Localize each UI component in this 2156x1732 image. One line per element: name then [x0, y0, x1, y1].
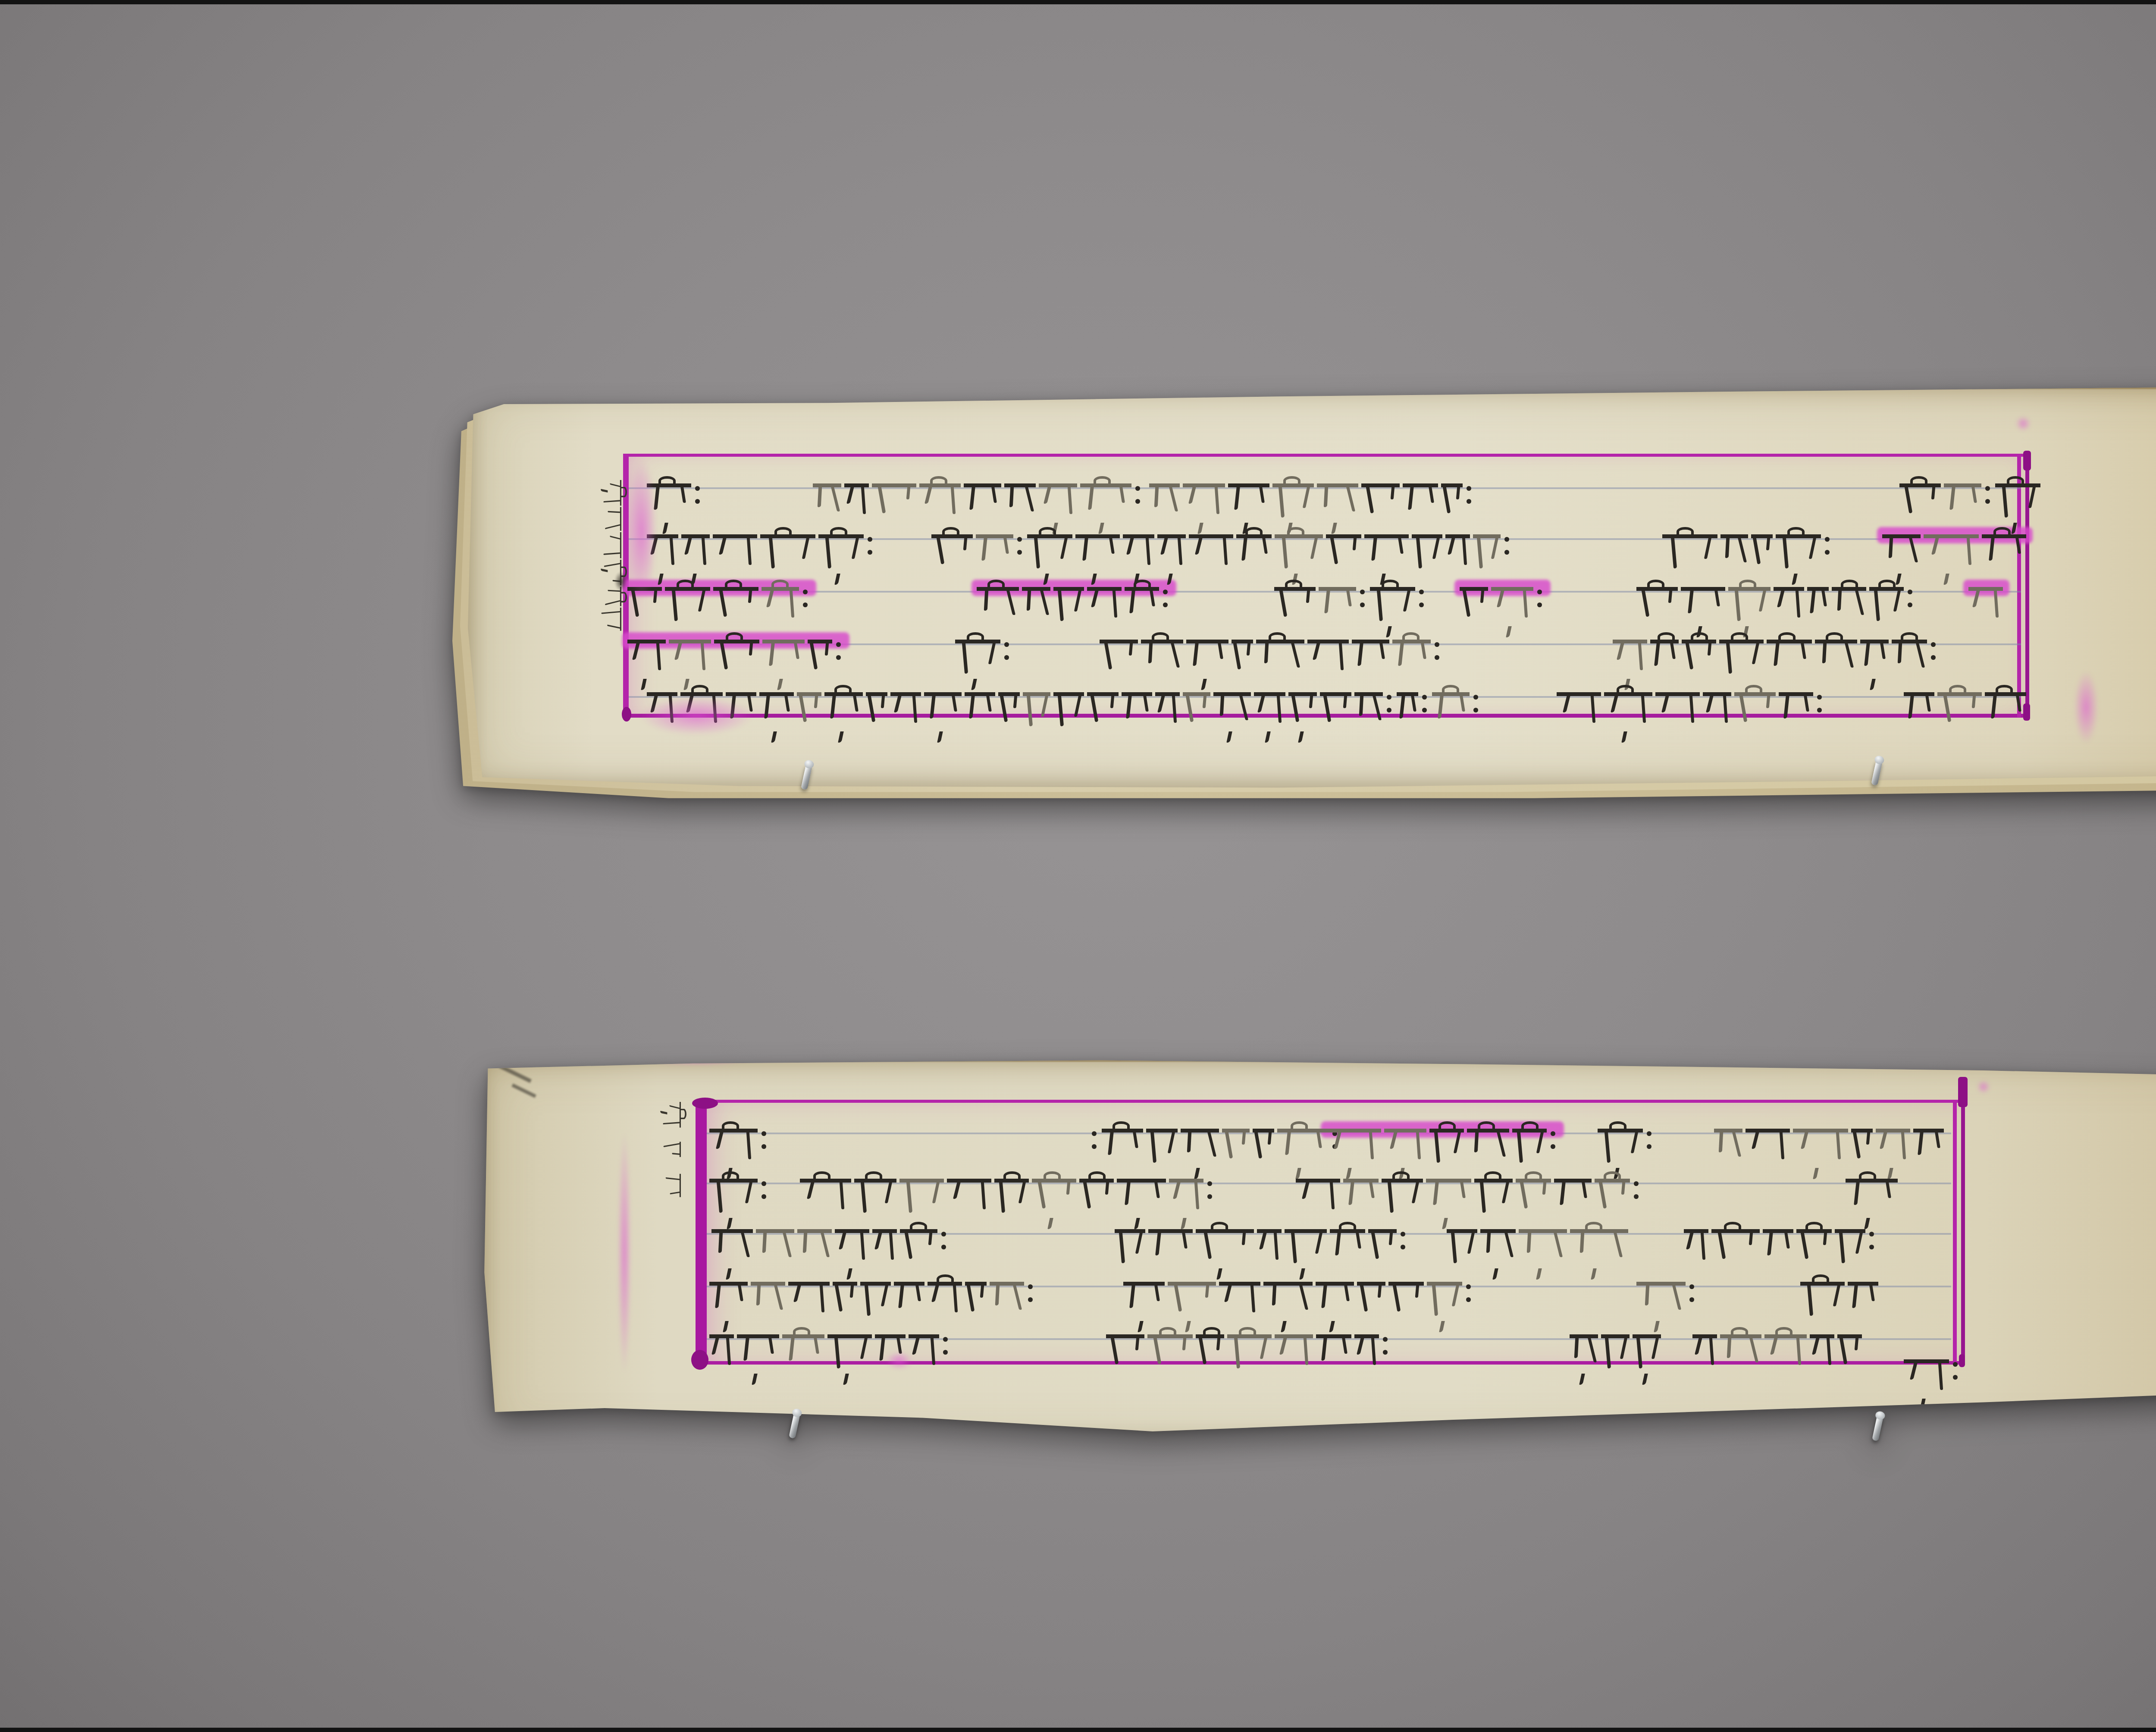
- text-segment: [1149, 483, 1476, 528]
- syllable-glyph: [965, 692, 995, 734]
- syllable-glyph: [919, 483, 961, 525]
- syllable-glyph: [606, 532, 621, 559]
- syllable-glyph: [835, 1229, 869, 1271]
- syllable-glyph: [1601, 1334, 1630, 1376]
- syllable-glyph: [1807, 587, 1829, 629]
- syllable-glyph: [1384, 1129, 1426, 1170]
- photo-edge-top: [0, 0, 2156, 4]
- syllable-glyph: [1892, 640, 1927, 681]
- pink-stain: [2074, 671, 2098, 744]
- syllable-glyph: [1232, 640, 1253, 681]
- syllable-glyph: [1080, 483, 1131, 525]
- syllable-glyph: [1937, 692, 1982, 734]
- text-segment: [1115, 1229, 1410, 1274]
- syllable-glyph: [665, 587, 710, 629]
- gter-tsheg-mark: [1027, 1282, 1034, 1320]
- syllable-glyph: [1734, 692, 1776, 734]
- manuscript-line: [468, 483, 2156, 528]
- syllable-glyph: [1985, 692, 2026, 734]
- gter-tsheg-mark: [1359, 587, 1366, 625]
- syllable-glyph: [1846, 1179, 1898, 1221]
- text-segment: [813, 483, 1145, 528]
- syllable-glyph: [1899, 483, 1941, 525]
- syllable-glyph: [1122, 692, 1152, 734]
- syllable-glyph: [1117, 1179, 1166, 1221]
- syllable-glyph: [1316, 1334, 1351, 1376]
- text-segment: [1684, 1229, 1879, 1274]
- syllable-glyph: [711, 1229, 753, 1271]
- manuscript-line: [468, 534, 2156, 579]
- margin-text: [666, 1102, 681, 1129]
- gter-tsheg-mark: [1421, 692, 1428, 730]
- text-segment: [1904, 692, 2029, 737]
- syllable-glyph: [1141, 640, 1183, 681]
- syllable-glyph: [1277, 1129, 1329, 1170]
- syllable-glyph: [860, 1282, 891, 1324]
- syllable-glyph: [1426, 1179, 1471, 1221]
- syllable-glyph: [1125, 587, 1159, 629]
- syllable-glyph: [1213, 692, 1251, 734]
- syllable-glyph: [964, 483, 1001, 525]
- syllable-glyph: [1491, 587, 1533, 629]
- syllable-glyph: [1837, 1334, 1862, 1376]
- text-segment: [709, 1334, 953, 1379]
- syllable-glyph: [1851, 1129, 1873, 1170]
- syllable-glyph: [1441, 483, 1463, 525]
- text-segment: [1714, 1129, 1947, 1173]
- text-segment: [1557, 692, 1827, 737]
- syllable-glyph: [924, 692, 962, 734]
- gter-tsheg-mark: [1016, 534, 1023, 572]
- syllable-glyph: [824, 692, 863, 734]
- text-segment: [1100, 640, 1445, 684]
- syllable-glyph: [709, 1282, 748, 1324]
- syllable-glyph: [1876, 1129, 1910, 1170]
- syllable-glyph: [1860, 640, 1889, 681]
- photo-edge-bottom: [0, 1728, 2156, 1732]
- gter-tsheg-mark: [1134, 483, 1141, 521]
- syllable-glyph: [1169, 1179, 1203, 1221]
- gter-tsheg-mark: [694, 483, 701, 521]
- syllable-glyph: [1115, 1229, 1145, 1271]
- syllable-glyph: [1473, 534, 1501, 576]
- syllable-glyph: [866, 692, 887, 734]
- syllable-glyph: [709, 1179, 758, 1221]
- syllable-glyph: [1445, 534, 1470, 576]
- syllable-glyph: [827, 1334, 872, 1376]
- syllable-glyph: [1869, 587, 1904, 629]
- syllable-glyph: [759, 692, 794, 734]
- syllable-glyph: [1087, 692, 1119, 734]
- syllable-glyph: [1793, 1129, 1848, 1170]
- syllable-glyph: [1147, 1334, 1193, 1376]
- syllable-glyph: [1087, 587, 1122, 629]
- syllable-glyph: [1516, 1179, 1551, 1221]
- syllable-glyph: [666, 1174, 681, 1197]
- syllable-glyph: [1219, 1282, 1260, 1324]
- syllable-glyph: [1027, 534, 1072, 576]
- pin: [1872, 1415, 1883, 1441]
- syllable-glyph: [782, 1334, 824, 1376]
- syllable-glyph: [813, 483, 841, 525]
- syllable-glyph: [1275, 1334, 1313, 1376]
- pink-stain: [640, 697, 752, 735]
- top-leaf: [468, 386, 2156, 789]
- syllable-glyph: [709, 1334, 734, 1376]
- pink-stain: [2016, 416, 2031, 431]
- syllable-glyph: [713, 534, 757, 576]
- text-segment: [1326, 1129, 1561, 1173]
- syllable-glyph: [1352, 640, 1389, 681]
- text-segment: [1636, 587, 1918, 632]
- text-segment: [1968, 587, 2006, 632]
- gter-tsheg-mark: [1816, 692, 1823, 730]
- text-segment: [977, 587, 1173, 632]
- syllable-glyph: [1557, 692, 1601, 734]
- syllable-glyph: [606, 480, 621, 506]
- syllable-glyph: [1256, 640, 1304, 681]
- margin-annotation: [606, 480, 621, 632]
- syllable-glyph: [713, 587, 758, 629]
- syllable-glyph: [1123, 534, 1154, 576]
- margin-text: [666, 1174, 681, 1199]
- syllable-glyph: [1382, 1179, 1423, 1221]
- syllable-glyph: [1512, 1129, 1547, 1170]
- syllable-glyph: [1763, 1229, 1793, 1271]
- syllable-glyph: [1319, 587, 1356, 629]
- text-segment: [711, 1229, 951, 1274]
- syllable-glyph: [1053, 587, 1084, 629]
- gter-tsheg-mark: [1550, 1129, 1556, 1167]
- syllable-glyph: [977, 587, 1019, 629]
- text-segment: [1692, 1334, 1865, 1379]
- text-segment: [1899, 483, 2043, 528]
- syllable-glyph: [909, 1334, 939, 1376]
- syllable-glyph: [1330, 1229, 1365, 1271]
- text-segment: [931, 534, 1514, 579]
- syllable-glyph: [1810, 1334, 1834, 1376]
- syllable-glyph: [1039, 483, 1077, 525]
- syllable-glyph: [800, 1179, 851, 1221]
- syllable-glyph: [1460, 587, 1488, 629]
- syllable-glyph: [1403, 483, 1438, 525]
- syllable-glyph: [627, 640, 666, 681]
- syllable-glyph: [1728, 587, 1771, 629]
- syllable-glyph: [1253, 1129, 1274, 1170]
- syllable-glyph: [1307, 640, 1349, 681]
- syllable-glyph: [797, 692, 821, 734]
- syllable-glyph: [1317, 483, 1358, 525]
- text-segment: [1598, 1129, 1657, 1173]
- syllable-glyph: [1196, 1229, 1254, 1271]
- gter-tsheg-mark: [1382, 1334, 1388, 1372]
- gter-tsheg-mark: [761, 1179, 767, 1217]
- syllable-glyph: [899, 1179, 944, 1221]
- syllable-glyph: [1272, 483, 1314, 525]
- syllable-glyph: [1474, 1179, 1513, 1221]
- syllable-glyph: [1570, 1334, 1598, 1376]
- pink-stain: [645, 1055, 748, 1065]
- text-segment: [1570, 1334, 1664, 1379]
- syllable-glyph: [900, 1229, 937, 1271]
- text-segment: [1846, 1179, 1901, 1224]
- text-segment: [1800, 1282, 1881, 1327]
- syllable-glyph: [1023, 692, 1050, 734]
- syllable-glyph: [1432, 692, 1470, 734]
- syllable-glyph: [1354, 692, 1383, 734]
- syllable-glyph: [1774, 587, 1804, 629]
- syllable-glyph: [1196, 1334, 1224, 1376]
- syllable-glyph: [1480, 1229, 1516, 1271]
- syllable-glyph: [1183, 483, 1225, 525]
- syllable-glyph: [1079, 1179, 1114, 1221]
- pink-stain: [886, 1352, 912, 1369]
- pink-stain: [618, 1132, 631, 1374]
- syllable-glyph: [1285, 1229, 1327, 1271]
- syllable-glyph: [1370, 587, 1415, 629]
- syllable-glyph: [1361, 483, 1400, 525]
- syllable-glyph: [709, 1129, 758, 1170]
- syllable-glyph: [756, 1229, 794, 1271]
- syllable-glyph: [1636, 587, 1678, 629]
- syllable-glyph: [872, 1229, 897, 1271]
- top-leaf-paper: [468, 386, 2156, 789]
- gter-tsheg-mark: [1536, 587, 1543, 625]
- text-segment: [627, 640, 846, 684]
- syllable-glyph: [1186, 640, 1228, 681]
- gter-tsheg-mark: [940, 1229, 947, 1267]
- syllable-glyph: [1183, 692, 1210, 734]
- syllable-glyph: [1882, 534, 1921, 576]
- syllable-glyph: [1904, 1359, 1949, 1401]
- text-segment: [800, 1179, 1217, 1224]
- manuscript-line: [468, 640, 2156, 684]
- syllable-glyph: [1146, 1129, 1178, 1170]
- syllable-glyph: [1263, 1282, 1313, 1324]
- gter-tsheg-mark: [1091, 1129, 1097, 1167]
- syllable-glyph: [1745, 1129, 1790, 1170]
- manuscript-line: [481, 1282, 2156, 1327]
- text-segment: [1106, 1334, 1393, 1379]
- text-segment: [1274, 587, 1429, 632]
- syllable-glyph: [928, 1282, 962, 1324]
- syllable-glyph: [1467, 1129, 1509, 1170]
- syllable-glyph: [1598, 1129, 1643, 1170]
- syllable-glyph: [1326, 1129, 1381, 1170]
- syllable-glyph: [1570, 1229, 1628, 1271]
- syllable-glyph: [955, 640, 1000, 681]
- syllable-glyph: [606, 608, 621, 631]
- syllable-glyph: [1832, 587, 1866, 629]
- syllable-glyph: [1904, 692, 1934, 734]
- manuscript-line: [468, 587, 2156, 632]
- syllable-glyph: [1703, 692, 1731, 734]
- syllable-glyph: [1100, 640, 1138, 681]
- syllable-glyph: [1779, 692, 1813, 734]
- syllable-glyph: [1412, 534, 1442, 576]
- bottom-leaf: [481, 1059, 2156, 1447]
- syllable-glyph: [1397, 692, 1418, 734]
- syllable-glyph: [1711, 1229, 1760, 1271]
- syllable-glyph: [1364, 534, 1409, 576]
- syllable-glyph: [1682, 640, 1716, 681]
- syllable-glyph: [998, 692, 1020, 734]
- syllable-glyph: [994, 1179, 1029, 1221]
- syllable-glyph: [669, 640, 711, 681]
- text-segment: [955, 640, 1014, 684]
- syllable-glyph: [1181, 1129, 1219, 1170]
- gter-tsheg-mark: [1473, 692, 1479, 730]
- ink-smudge: [614, 571, 627, 591]
- syllable-glyph: [854, 1179, 896, 1221]
- syllable-glyph: [844, 483, 869, 525]
- syllable-glyph: [666, 1102, 681, 1128]
- margin-text: [666, 1142, 681, 1158]
- syllable-glyph: [1613, 640, 1647, 681]
- syllable-glyph: [1815, 640, 1857, 681]
- text-segment: [1613, 640, 1941, 684]
- syllable-glyph: [1995, 483, 2040, 525]
- gter-tsheg-mark: [1907, 587, 1913, 625]
- syllable-glyph: [1692, 1334, 1717, 1376]
- gter-tsheg-mark: [835, 640, 842, 678]
- syllable-glyph: [1236, 534, 1272, 576]
- syllable-glyph: [797, 1229, 832, 1271]
- syllable-glyph: [761, 587, 799, 629]
- syllable-glyph: [1720, 534, 1748, 576]
- gter-tsheg-mark: [1466, 483, 1472, 521]
- text-segment: [647, 534, 877, 579]
- syllable-glyph: [1123, 1282, 1165, 1324]
- syllable-glyph: [1155, 692, 1180, 734]
- syllable-glyph: [1343, 1179, 1379, 1221]
- text-segment: [1636, 1282, 1699, 1327]
- syllable-glyph: [1636, 1282, 1686, 1324]
- gter-tsheg-mark: [1386, 692, 1392, 730]
- text-segment: [1460, 587, 1547, 632]
- syllable-glyph: [1388, 1282, 1424, 1324]
- text-segment: [1904, 1359, 1963, 1404]
- text-segment: [1091, 1129, 1342, 1173]
- syllable-glyph: [1554, 1179, 1592, 1221]
- syllable-glyph: [976, 534, 1013, 576]
- gter-tsheg-mark: [1465, 1282, 1472, 1320]
- gter-tsheg-mark: [1003, 640, 1010, 678]
- syllable-glyph: [1776, 534, 1821, 576]
- margin-foliation: [666, 1102, 681, 1199]
- syllable-glyph: [1633, 1334, 1661, 1376]
- syllable-glyph: [1764, 1334, 1807, 1376]
- text-segment: [1296, 1179, 1644, 1224]
- syllable-glyph: [1719, 640, 1764, 681]
- syllable-glyph: [751, 1282, 785, 1324]
- gter-tsheg-mark: [1633, 1179, 1639, 1217]
- text-segment: [709, 1282, 1038, 1327]
- syllable-glyph: [1148, 1229, 1193, 1271]
- syllable-glyph: [808, 640, 832, 681]
- syllable-glyph: [1604, 692, 1652, 734]
- syllable-glyph: [1102, 1129, 1143, 1170]
- syllable-glyph: [1326, 534, 1361, 576]
- text-segment: [1447, 1229, 1631, 1274]
- syllable-glyph: [1427, 1282, 1462, 1324]
- syllable-glyph: [1519, 1229, 1567, 1271]
- syllable-glyph: [894, 1282, 924, 1324]
- margin-text: [606, 480, 621, 632]
- gter-tsheg-mark: [1504, 534, 1510, 572]
- syllable-glyph: [990, 1282, 1024, 1324]
- syllable-glyph: [1751, 534, 1773, 576]
- pin: [789, 1413, 800, 1439]
- syllable-glyph: [1075, 534, 1120, 576]
- gter-tsheg-mark: [1984, 483, 1991, 521]
- syllable-glyph: [965, 1282, 987, 1324]
- syllable-glyph: [1316, 1282, 1354, 1324]
- gter-tsheg-mark: [1868, 1229, 1875, 1267]
- text-segment: [709, 1179, 771, 1224]
- manuscript-line: [481, 1334, 2156, 1379]
- syllable-glyph: [1368, 1229, 1397, 1271]
- text-segment: [709, 1129, 771, 1173]
- manuscript-line: [481, 1179, 2156, 1224]
- syllable-glyph: [1257, 1229, 1282, 1271]
- gter-tsheg-mark: [1206, 1179, 1213, 1217]
- syllable-glyph: [1227, 1334, 1272, 1376]
- syllable-glyph: [818, 534, 864, 576]
- gter-tsheg-mark: [1689, 1282, 1695, 1320]
- syllable-glyph: [760, 534, 815, 576]
- syllable-glyph: [890, 692, 921, 734]
- text-segment: [1662, 534, 1835, 579]
- pink-stain: [627, 459, 657, 602]
- syllable-glyph: [1053, 692, 1084, 734]
- gter-tsheg-mark: [867, 534, 873, 572]
- syllable-glyph: [1168, 1282, 1216, 1324]
- syllable-glyph: [1004, 483, 1036, 525]
- syllable-glyph: [714, 640, 759, 681]
- syllable-glyph: [1968, 587, 2003, 629]
- gter-tsheg-mark: [1418, 587, 1425, 625]
- syllable-glyph: [1157, 534, 1186, 576]
- syllable-glyph: [666, 1142, 681, 1157]
- syllable-glyph: [788, 1282, 830, 1324]
- text-segment: [1882, 534, 2029, 579]
- gter-tsheg-mark: [761, 1129, 767, 1167]
- syllable-glyph: [1767, 640, 1812, 681]
- syllable-glyph: [1595, 1179, 1630, 1221]
- syllable-glyph: [1357, 1282, 1385, 1324]
- syllable-glyph: [1149, 483, 1180, 525]
- syllable-glyph: [1924, 534, 1979, 576]
- syllable-glyph: [1982, 534, 2026, 576]
- syllable-glyph: [1796, 1229, 1832, 1271]
- syllable-glyph: [1354, 1334, 1379, 1376]
- syllable-glyph: [1429, 1129, 1464, 1170]
- syllable-glyph: [1714, 1129, 1742, 1170]
- syllable-glyph: [872, 483, 916, 525]
- syllable-glyph: [1189, 534, 1233, 576]
- syllable-glyph: [1274, 587, 1316, 629]
- syllable-glyph: [762, 640, 805, 681]
- syllable-glyph: [1650, 640, 1679, 681]
- text-segment: [647, 692, 1483, 737]
- syllable-glyph: [1835, 1229, 1865, 1271]
- manuscript-line: [481, 1129, 2156, 1173]
- photograph-canvas: { "description": "Photograph of two oblo…: [0, 0, 2156, 1732]
- syllable-glyph: [1022, 587, 1050, 629]
- syllable-glyph: [1720, 1334, 1761, 1376]
- syllable-glyph: [606, 507, 621, 531]
